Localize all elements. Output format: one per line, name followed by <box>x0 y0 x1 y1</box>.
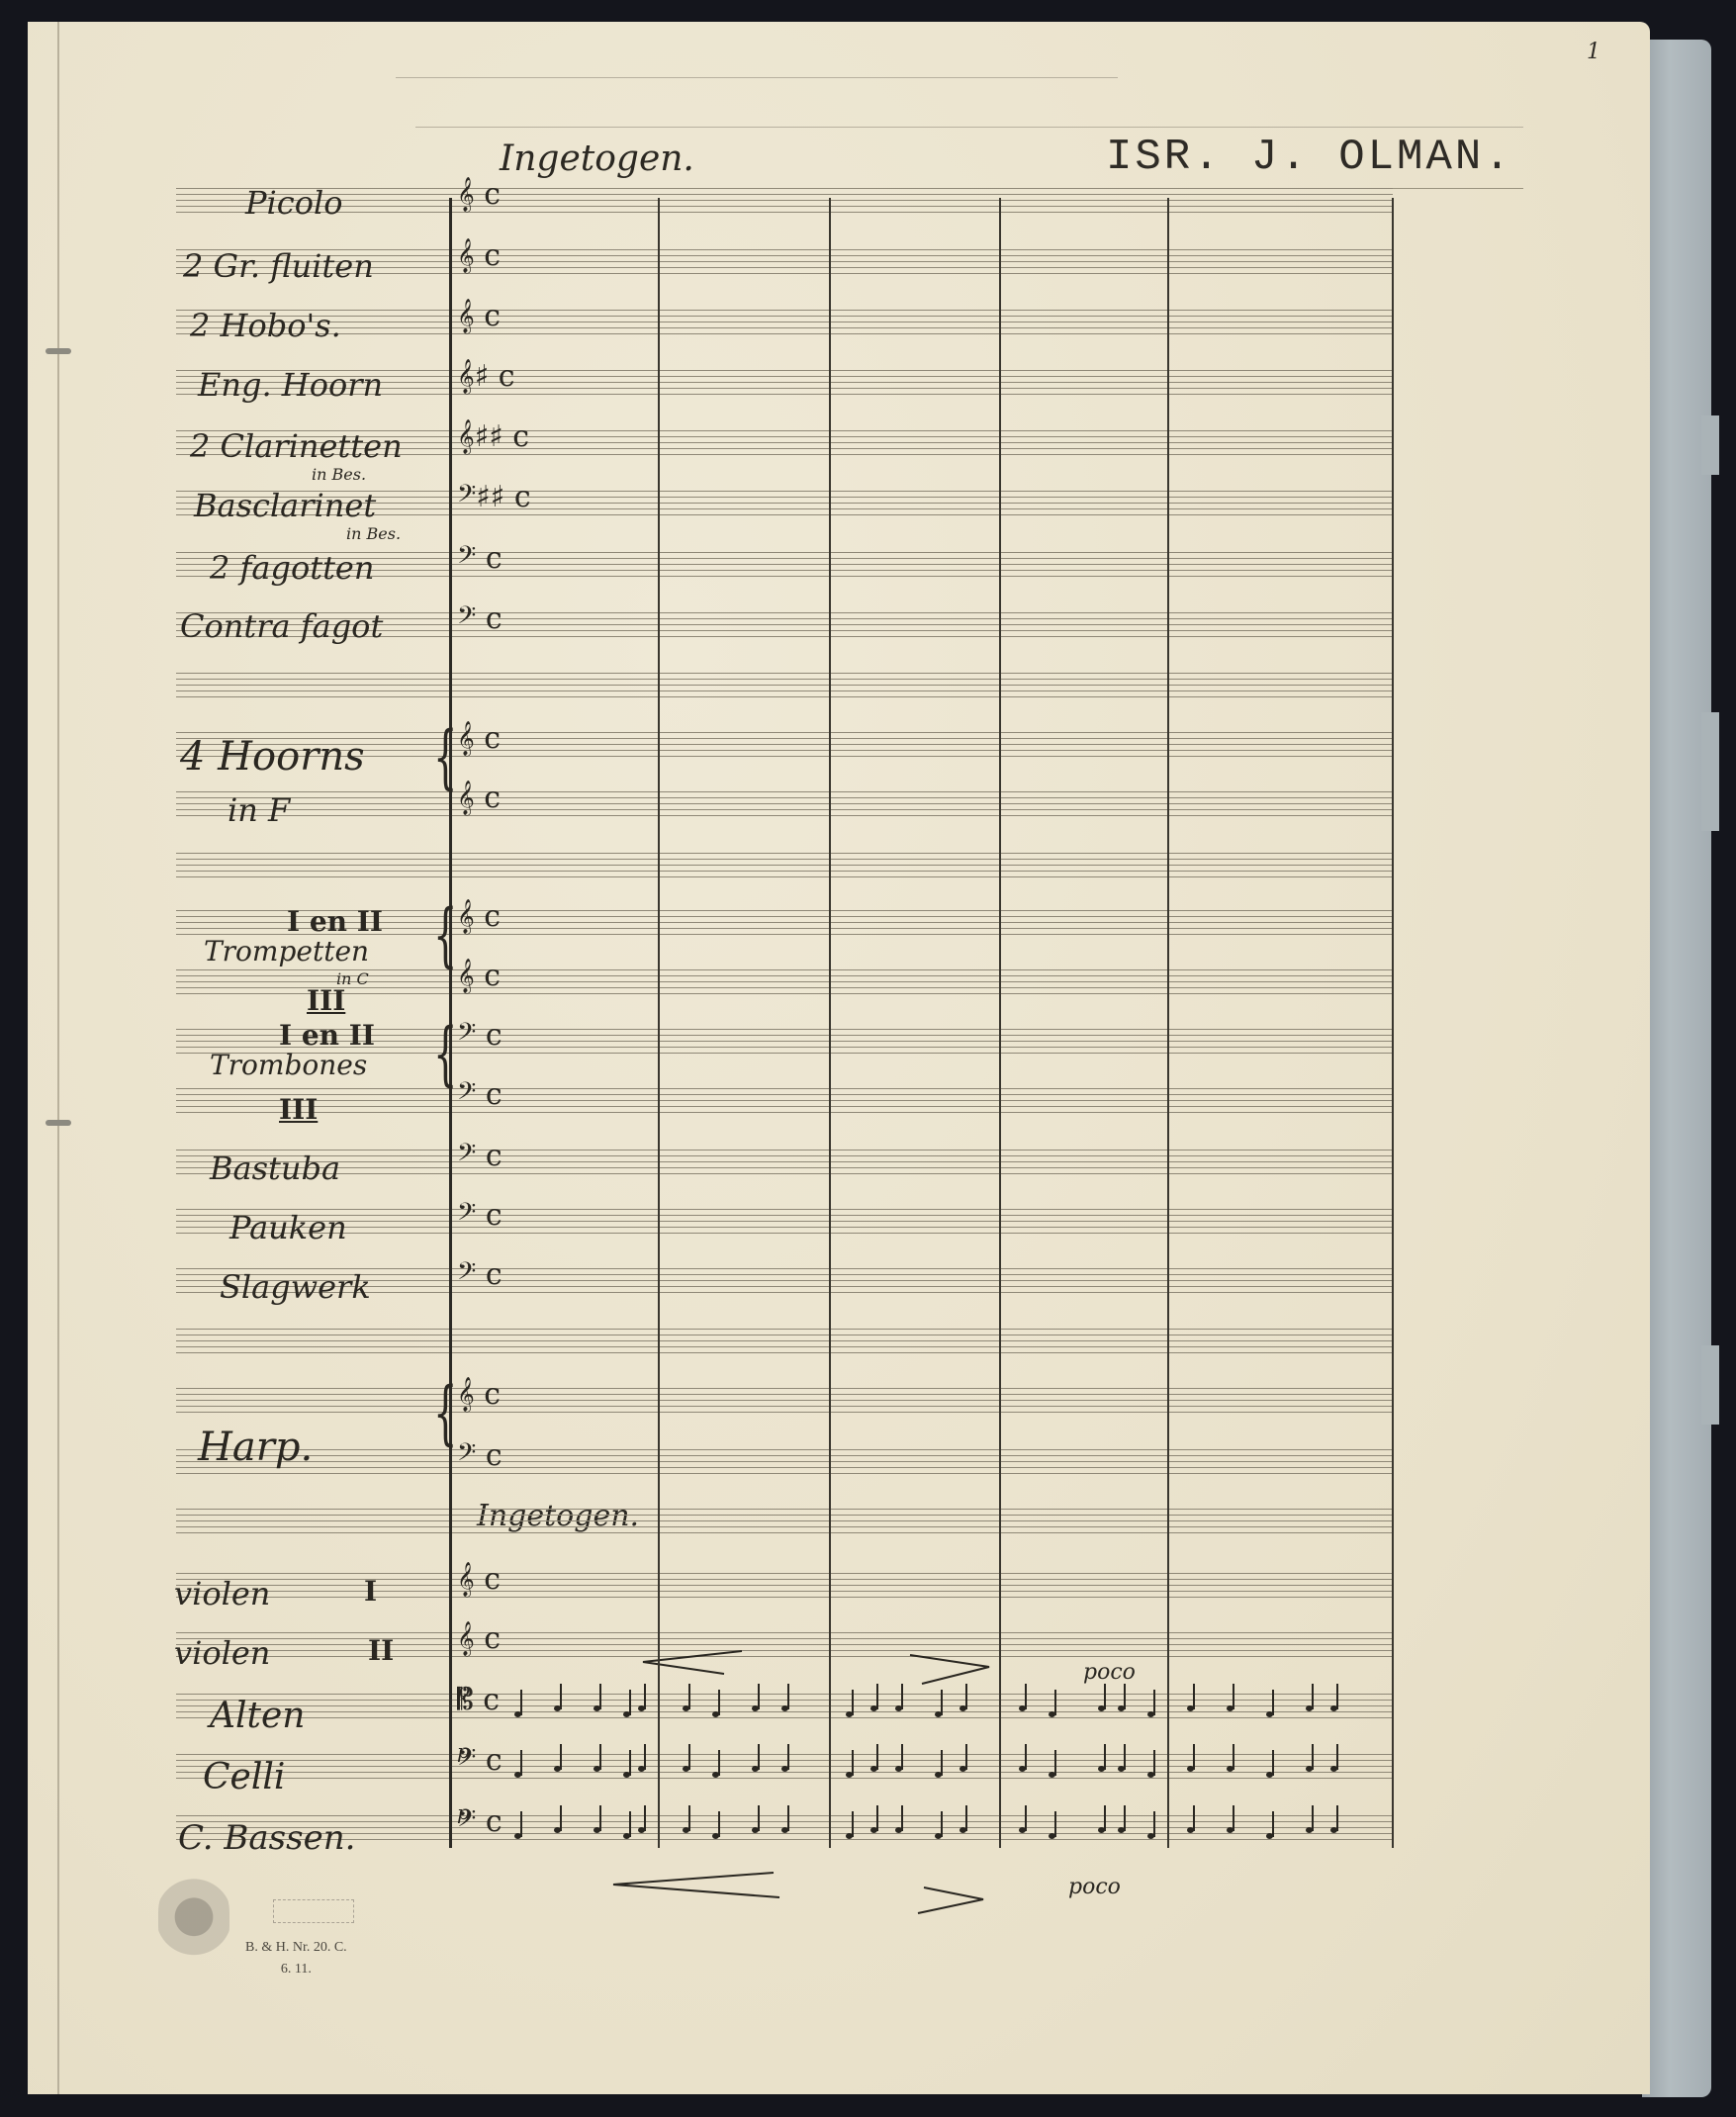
staff <box>176 1573 1393 1598</box>
note-stem <box>718 1750 720 1776</box>
note-stem <box>1124 1805 1126 1831</box>
staff-line <box>176 194 1393 195</box>
label-violen-1-num: I <box>364 1575 377 1608</box>
note-stem <box>1312 1744 1314 1770</box>
staff-line <box>176 859 1393 860</box>
staff-line <box>176 1821 1393 1822</box>
label-trombones-iii: III <box>279 1093 318 1126</box>
staff-line <box>176 188 1393 189</box>
staff-line <box>176 1532 1393 1533</box>
treble-clef-icon: 𝄞 c <box>457 902 501 932</box>
note-stem <box>852 1750 854 1776</box>
staff-line <box>176 1473 1393 1474</box>
bass-clef-icon: 𝄢 c <box>457 604 503 634</box>
label-harp: Harp. <box>198 1425 313 1470</box>
note-stem <box>876 1744 878 1770</box>
label-eng-hoorn: Eng. Hoorn <box>198 366 383 404</box>
note-stem <box>560 1684 562 1709</box>
label-fagotten: 2 fagotten <box>210 549 374 587</box>
note-stem <box>1336 1805 1338 1831</box>
binding-thread <box>46 348 71 354</box>
treble-clef-icon: 𝄞 c <box>457 241 501 271</box>
staff-line <box>176 1209 1393 1210</box>
label-contrabassen: C. Bassen. <box>178 1818 355 1858</box>
library-stamp <box>273 1899 354 1923</box>
note-stem <box>718 1811 720 1837</box>
staff-line <box>176 853 1393 854</box>
note-stem <box>1336 1684 1338 1709</box>
staff-line <box>176 1215 1393 1216</box>
torn-edge <box>1701 712 1719 831</box>
torn-edge <box>1701 415 1719 475</box>
treble-clef-icon: 𝄞♯♯ c <box>457 422 529 452</box>
note-stem <box>1233 1744 1234 1770</box>
staff <box>176 1449 1393 1474</box>
staff-line <box>176 200 1393 201</box>
staff-line <box>176 673 1393 674</box>
staff-line <box>176 1509 1393 1510</box>
staff-line <box>176 791 1393 792</box>
note-stem <box>520 1811 522 1837</box>
note-stem <box>941 1750 943 1776</box>
note-stem <box>901 1744 903 1770</box>
dynamic-p-bassen: p <box>457 1800 470 1824</box>
note-stem <box>629 1690 631 1715</box>
staff <box>176 188 1393 213</box>
staff-line <box>176 1694 1393 1695</box>
note-stem <box>1104 1805 1106 1831</box>
staff-line <box>176 1597 1393 1598</box>
barline <box>658 198 660 1848</box>
label-trompetten-iii: III <box>307 984 345 1017</box>
staff-line <box>176 212 1393 213</box>
staff-line <box>176 732 1393 733</box>
staff-line <box>176 1644 1393 1645</box>
staff-line <box>176 1585 1393 1586</box>
plate-line-2: 6. 11. <box>245 1959 347 1980</box>
treble-clef-icon: 𝄞 c <box>457 724 501 754</box>
bass-clef-icon: 𝄢 c <box>457 1142 503 1171</box>
staff <box>176 791 1393 816</box>
note-stem <box>644 1805 646 1831</box>
staff-line <box>176 1515 1393 1516</box>
staff-line <box>176 1839 1393 1840</box>
bass-clef-icon: 𝄢♯♯ c <box>457 483 531 512</box>
note-stem <box>688 1744 690 1770</box>
note-stem <box>787 1744 789 1770</box>
barline <box>1167 198 1169 1848</box>
note-stem <box>688 1805 690 1831</box>
label-basclarinet-key: in Bes. <box>346 524 401 543</box>
label-fluiten: 2 Gr. fluiten <box>183 247 374 285</box>
note-stem <box>758 1684 760 1709</box>
staff-line <box>176 993 1393 994</box>
label-basclarinet: Basclarinet <box>194 487 376 524</box>
header-rule <box>415 127 1523 128</box>
label-trombones-i-ii: I en II <box>279 1019 375 1052</box>
label-bastuba: Bastuba <box>210 1150 340 1187</box>
treble-clef-icon: 𝄞 c <box>457 302 501 331</box>
staff-line <box>176 1100 1393 1101</box>
label-slagwerk: Slagwerk <box>220 1268 371 1306</box>
label-contrafagot: Contra fagot <box>180 607 383 645</box>
note-stem <box>599 1744 601 1770</box>
staff-line <box>176 1227 1393 1228</box>
staff-line <box>176 1352 1393 1353</box>
staff-line <box>176 815 1393 816</box>
note-stem <box>520 1690 522 1715</box>
label-violen-2: violen <box>174 1634 270 1672</box>
note-stem <box>1124 1684 1126 1709</box>
staff-line <box>176 1340 1393 1341</box>
staff-line <box>176 690 1393 691</box>
note-stem <box>629 1811 631 1837</box>
treble-clef-icon: 𝄞 c <box>457 783 501 813</box>
publisher-logo <box>158 1875 229 1969</box>
torn-edge <box>1701 1345 1719 1425</box>
treble-clef-icon: 𝄞 c <box>457 1380 501 1410</box>
staff-line <box>176 322 1393 322</box>
note-stem <box>901 1684 903 1709</box>
staff-line <box>176 1579 1393 1580</box>
note-stem <box>1272 1811 1274 1837</box>
staff-line <box>176 1394 1393 1395</box>
brace-icon: { <box>433 1378 458 1447</box>
header-rule <box>396 77 1118 78</box>
staff-line <box>176 696 1393 697</box>
staff-line <box>176 1167 1393 1168</box>
staff-line <box>176 1335 1393 1335</box>
note-stem <box>1054 1690 1056 1715</box>
note-stem <box>520 1750 522 1776</box>
binding-strip <box>1642 40 1711 2097</box>
bass-clef-icon: 𝄢 c <box>457 1080 503 1110</box>
staff-line <box>176 1772 1393 1773</box>
staff <box>176 1509 1393 1533</box>
treble-clef-icon: 𝄞 c <box>457 962 501 991</box>
note-stem <box>599 1805 601 1831</box>
staff <box>176 1150 1393 1174</box>
staff-line <box>176 1221 1393 1222</box>
note-stem <box>718 1690 720 1715</box>
note-stem <box>941 1811 943 1837</box>
staff-line <box>176 1526 1393 1527</box>
staff-line <box>176 803 1393 804</box>
bass-clef-icon: 𝄢 c <box>457 1021 503 1051</box>
tempo-marking-top: Ingetogen. <box>500 138 694 179</box>
bass-clef-icon: 𝄢 c <box>457 1201 503 1231</box>
staff-line <box>176 1815 1393 1816</box>
bass-clef-icon: 𝄢 c <box>457 1441 503 1471</box>
note-stem <box>1025 1684 1027 1709</box>
staff-line <box>176 1467 1393 1468</box>
note-stem <box>629 1750 631 1776</box>
note-stem <box>787 1684 789 1709</box>
dynamic-p-alten: p <box>457 1678 470 1702</box>
note-stem <box>1312 1684 1314 1709</box>
staff-line <box>176 876 1393 877</box>
label-trompetten-i-ii: I en II <box>287 905 383 938</box>
label-trompetten: Trompetten <box>204 935 369 967</box>
note-stem <box>1193 1684 1195 1709</box>
label-celli: Celli <box>203 1757 285 1797</box>
staff <box>176 853 1393 877</box>
note-stem <box>876 1805 878 1831</box>
note-stem <box>1124 1744 1126 1770</box>
staff-line <box>176 1754 1393 1755</box>
staff-line <box>176 206 1393 207</box>
staff-line <box>176 1833 1393 1834</box>
note-stem <box>1312 1805 1314 1831</box>
staff-line <box>176 316 1393 317</box>
label-alten: Alten <box>210 1696 305 1736</box>
staff-line <box>176 1573 1393 1574</box>
staff-line <box>176 1717 1393 1718</box>
staff-line <box>176 1520 1393 1521</box>
staff-line <box>176 1173 1393 1174</box>
note-stem <box>1025 1805 1027 1831</box>
staff-line <box>176 1233 1393 1234</box>
staff-line <box>176 1449 1393 1450</box>
staff-line <box>176 333 1393 334</box>
note-stem <box>965 1805 967 1831</box>
note-stem <box>1153 1690 1155 1715</box>
label-hobos: 2 Hobo's. <box>190 307 341 344</box>
staff-line <box>176 1760 1393 1761</box>
staff-line <box>176 1155 1393 1156</box>
staff-line <box>176 809 1393 810</box>
page-number: 1 <box>1587 40 1600 64</box>
label-trombones: Trombones <box>210 1049 367 1081</box>
note-stem <box>560 1805 562 1831</box>
staff-line <box>176 1106 1393 1107</box>
note-stem <box>644 1684 646 1709</box>
plate-number: B. & H. Nr. 20. C. 6. 11. <box>245 1937 347 1980</box>
bass-clef-icon: 𝄢 c <box>457 544 503 574</box>
plate-line-1: B. & H. Nr. 20. C. <box>245 1937 347 1959</box>
note-stem <box>1054 1750 1056 1776</box>
dynamic-poco-top: poco <box>1083 1660 1136 1685</box>
staff-line <box>176 1329 1393 1330</box>
note-stem <box>599 1684 601 1709</box>
note-stem <box>1193 1805 1195 1831</box>
brace-icon: { <box>433 1019 458 1088</box>
note-stem <box>758 1805 760 1831</box>
label-clarinetten-key: in Bes. <box>312 465 366 484</box>
note-stem <box>1104 1684 1106 1709</box>
note-stem <box>1193 1744 1195 1770</box>
label-violen-1: violen <box>174 1575 270 1612</box>
staff <box>176 310 1393 334</box>
note-stem <box>1153 1811 1155 1837</box>
label-pauken: Pauken <box>229 1209 347 1246</box>
note-stem <box>1272 1690 1274 1715</box>
bass-clef-icon: 𝄢 c <box>457 1260 503 1290</box>
treble-clef-icon: 𝄞 c <box>457 1565 501 1595</box>
staff-line <box>176 1638 1393 1639</box>
staff-line <box>176 310 1393 311</box>
staff-line <box>176 1711 1393 1712</box>
composer-name: ISR. J. OLMAN. <box>1106 133 1513 182</box>
brace-icon: { <box>433 722 458 791</box>
staff-line <box>176 1412 1393 1413</box>
label-clarinetten: 2 Clarinetten <box>190 427 403 465</box>
staff <box>176 1209 1393 1234</box>
staff-line <box>176 1656 1393 1657</box>
staff-line <box>176 1632 1393 1633</box>
note-stem <box>758 1744 760 1770</box>
treble-clef-icon: 𝄞 c <box>457 1624 501 1654</box>
staff-line <box>176 1650 1393 1651</box>
label-violen-2-num: II <box>368 1634 394 1667</box>
note-stem <box>1272 1750 1274 1776</box>
note-stem <box>901 1805 903 1831</box>
gutter-fold <box>57 22 59 2094</box>
note-stem <box>1153 1750 1155 1776</box>
staff-line <box>176 1112 1393 1113</box>
staff <box>176 1088 1393 1113</box>
dynamic-p-celli: p <box>457 1739 470 1763</box>
staff-line <box>176 1591 1393 1592</box>
dynamic-poco-bottom: poco <box>1068 1875 1121 1899</box>
note-stem <box>965 1684 967 1709</box>
staff-line <box>176 1161 1393 1162</box>
label-picolo: Picolo <box>245 184 342 222</box>
staff <box>176 1632 1393 1657</box>
staff-line <box>176 1778 1393 1779</box>
barline <box>999 198 1001 1848</box>
staff-line <box>176 327 1393 328</box>
staff-line <box>176 679 1393 680</box>
note-stem <box>1104 1744 1106 1770</box>
note-stem <box>1025 1744 1027 1770</box>
note-stem <box>688 1684 690 1709</box>
staff <box>176 1388 1393 1413</box>
final-barline <box>1392 198 1394 1848</box>
note-stem <box>965 1744 967 1770</box>
note-stem <box>852 1690 854 1715</box>
brace-icon: { <box>433 900 458 969</box>
staff <box>176 1329 1393 1353</box>
staff-line <box>176 1406 1393 1407</box>
note-stem <box>787 1805 789 1831</box>
note-stem <box>852 1811 854 1837</box>
staff-line <box>176 1346 1393 1347</box>
staff <box>176 673 1393 697</box>
staff-line <box>176 1400 1393 1401</box>
staff-line <box>176 871 1393 872</box>
staff-line <box>176 1700 1393 1701</box>
staff-line <box>176 1150 1393 1151</box>
treble-clef-icon: 𝄞 c <box>457 180 501 210</box>
note-stem <box>876 1684 878 1709</box>
staff-line <box>176 685 1393 686</box>
barline <box>829 198 831 1848</box>
note-stem <box>644 1744 646 1770</box>
staff-line <box>176 797 1393 798</box>
staff-line <box>176 1455 1393 1456</box>
staff-line <box>176 1461 1393 1462</box>
staff-line <box>176 865 1393 866</box>
treble-clef-icon: 𝄞♯ c <box>457 362 515 392</box>
note-stem <box>1233 1684 1234 1709</box>
binding-thread <box>46 1120 71 1126</box>
note-stem <box>560 1744 562 1770</box>
note-stem <box>1233 1805 1234 1831</box>
note-stem <box>941 1690 943 1715</box>
note-stem <box>1336 1744 1338 1770</box>
staff-line <box>176 1388 1393 1389</box>
note-stem <box>1054 1811 1056 1837</box>
label-hoorns-key: in F <box>228 791 290 829</box>
staff-line <box>176 1094 1393 1095</box>
label-hoorns: 4 Hoorns <box>180 734 365 780</box>
staff-line <box>176 1088 1393 1089</box>
